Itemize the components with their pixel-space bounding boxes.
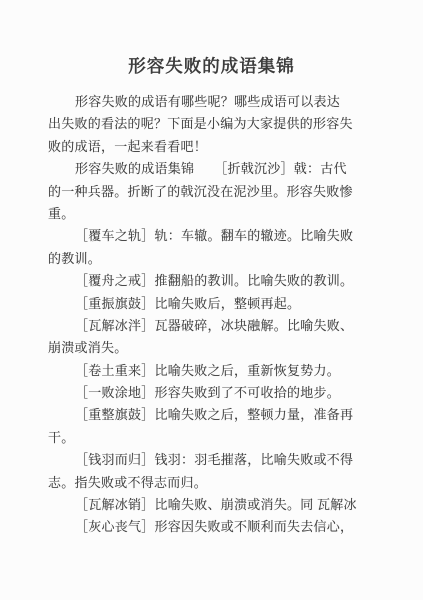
- text-line: 出失败的看法的呢？下面是小编为大家提供的形容失: [48, 113, 365, 135]
- text-line: 形容失败的成语集锦 ［折戟沉沙］戟：古代: [48, 158, 365, 180]
- text-line: ［灰心丧气］形容因失败或不顺利而失去信心，: [48, 516, 365, 538]
- text-line: ［一败涂地］形容失败到了不可收拾的地步。: [48, 382, 365, 404]
- text-line: 形容失败的成语有哪些呢？哪些成语可以表达: [48, 91, 365, 113]
- text-line: 重。: [48, 203, 365, 225]
- text-line: ［瓦解冰销］比喻失败、崩溃或消失。同 瓦解冰: [48, 494, 365, 516]
- document-page: 形容失败的成语集锦 形容失败的成语有哪些呢？哪些成语可以表达出失败的看法的呢？下…: [0, 0, 423, 600]
- text-line: ［重整旗鼓］比喻失败之后，整顿力量，准备再: [48, 404, 365, 426]
- text-line: ［瓦解冰泮］瓦器破碎，冰块融解。比喻失败、: [48, 315, 365, 337]
- text-line: 的教训。: [48, 248, 365, 270]
- text-line: ［重振旗鼓］比喻失败后，整顿再起。: [48, 293, 365, 315]
- text-line: 志。指失败或不得志而归。: [48, 472, 365, 494]
- text-line: ［覆舟之戒］推翻船的教训。比喻失败的教训。: [48, 270, 365, 292]
- document-body: 形容失败的成语有哪些呢？哪些成语可以表达出失败的看法的呢？下面是小编为大家提供的…: [48, 91, 365, 539]
- text-line: 崩溃或消失。: [48, 337, 365, 359]
- document-title: 形容失败的成语集锦: [0, 0, 423, 79]
- text-line: ［覆车之轨］轨：车辙。翻车的辙迹。比喻失败: [48, 225, 365, 247]
- text-line: 干。: [48, 427, 365, 449]
- text-line: 的一种兵器。折断了的戟沉没在泥沙里。形容失败惨: [48, 181, 365, 203]
- text-line: 败的成语，一起来看看吧！: [48, 136, 365, 158]
- text-line: ［钱羽而归］钱羽：羽毛摧落，比喻失败或不得: [48, 449, 365, 471]
- text-line: ［卷土重来］比喻失败之后，重新恢复势力。: [48, 360, 365, 382]
